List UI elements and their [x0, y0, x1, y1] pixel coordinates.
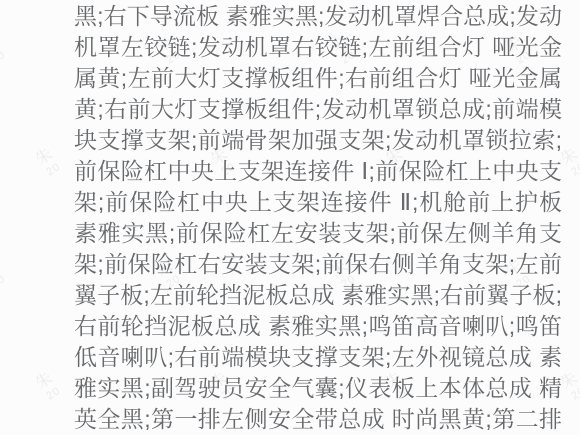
- parts-text-line: 黄;右前大灯支撑板组件;发动机罩锁总成;前端模: [74, 94, 562, 125]
- parts-text-line: 属黄;左前大灯支撑板组件;右前组合灯 哑光金属: [74, 63, 562, 94]
- watermark-stamp: 朱20: [0, 33, 10, 69]
- parts-text-line: 低音喇叭;右前端模块支撑支架;左外视镜总成 素: [74, 342, 562, 373]
- parts-text-line: 右前轮挡泥板总成 素雅实黑;鸣笛高音喇叭;鸣笛: [74, 311, 562, 342]
- parts-text-line: 架;前保险杠右安装支架;前保右侧羊角支架;左前: [74, 249, 562, 280]
- watermark-stamp: 朱20: [0, 257, 10, 293]
- parts-text-line: 前保险杠中央上支架连接件 Ⅰ;前保险杠上中央支: [74, 156, 562, 187]
- parts-list-text: 黑;右下导流板 素雅实黑;发动机罩焊合总成;发动 机罩左铰链;发动机罩右铰链;左…: [74, 1, 562, 435]
- watermark-stamp: 朱20: [33, 145, 65, 181]
- parts-text-line: 机罩左铰链;发动机罩右铰链;左前组合灯 哑光金: [74, 32, 562, 63]
- parts-text-line: 素雅实黑;前保险杠左安装支架;前保左侧羊角支: [74, 218, 562, 249]
- parts-text-line: 架;前保险杠中央上支架连接件 Ⅱ;机舱前上护板: [74, 187, 562, 218]
- parts-text-line: 块支撑支架;前端骨架加强支架;发动机罩锁拉索;: [74, 125, 562, 156]
- parts-text-line: 雅实黑;副驾驶员安全气囊;仪表板上本体总成 精: [74, 373, 562, 404]
- parts-text-line: 黑;右下导流板 素雅实黑;发动机罩焊合总成;发动: [74, 1, 562, 32]
- parts-text-line: 英全黑;第一排左侧安全带总成 时尚黑黄;第二排: [74, 404, 562, 435]
- parts-text-line: 翼子板;左前轮挡泥板总成 素雅实黑;右前翼子板;: [74, 280, 562, 311]
- watermark-stamp: 朱20: [33, 369, 65, 405]
